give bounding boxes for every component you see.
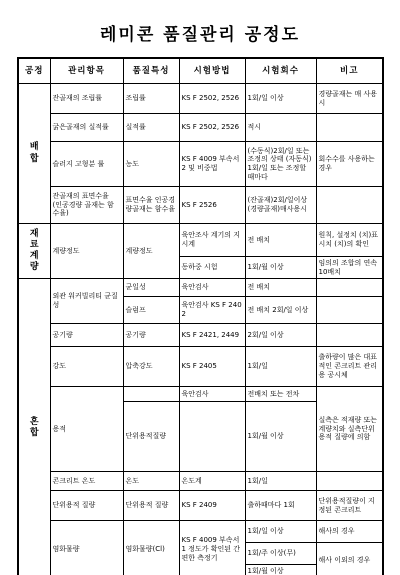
table-cell: 균일성 <box>123 279 179 297</box>
table-cell: 단위용적 질량 <box>50 491 123 521</box>
table-cell: 출하량이 많은 대표적인 콘크리트 관리용 공시체 <box>316 347 383 387</box>
table-cell: 전 배치 2회/일 이상 <box>245 297 316 324</box>
table-cell <box>316 279 383 297</box>
table-cell: 조립률 <box>123 84 179 114</box>
column-header: 시험회수 <box>245 58 316 84</box>
table-cell: 1회/월 이상 <box>245 402 316 472</box>
table-cell: 실측은 적재량 또는 계량치와 실측단위 용적 질량에 의함 <box>316 387 383 472</box>
table-cell: 경량골재는 매 사용시 <box>316 84 383 114</box>
table-cell: 염화물량 <box>50 521 123 575</box>
table-cell: 육안검사 KS F 2402 <box>179 297 245 324</box>
table-row: 슬러지 고형분 률농도KS F 4009 부속서 2 및 비중법(수동식)2회/… <box>18 142 383 187</box>
table-cell: 1회/일 이상 <box>245 521 316 543</box>
table-cell: 잔골재의 조립률 <box>50 84 123 114</box>
table-cell: 콘크리트 온도 <box>50 472 123 491</box>
table-cell: 실적률 <box>123 114 179 142</box>
table-cell <box>316 324 383 347</box>
table-cell: 해사의 경우 <box>316 521 383 543</box>
table-cell: 전 배치 <box>245 224 316 257</box>
process-label: 배합 <box>18 84 50 224</box>
table-cell: 온도계 <box>179 472 245 491</box>
page-title: 레미콘 품질관리 공정도 <box>0 20 400 45</box>
table-row: 혼합외관 워커빌리티 균질성균일성육안검사전 배치 <box>18 279 383 297</box>
table-cell: 강도 <box>50 347 123 387</box>
table-cell: 전배치 또는 전차 <box>245 387 316 402</box>
table-row: 용적육안검사전배치 또는 전차실측은 적재량 또는 계량치와 실측단위 용적 질… <box>18 387 383 402</box>
table-body: 배합잔골재의 조립률조립률KS F 2502, 25261회/일 이상경량골재는… <box>18 84 383 575</box>
table-row: 강도압축강도KS F 24051회/일출하량이 많은 대표적인 콘크리트 관리용… <box>18 347 383 387</box>
table-cell: 1회/일 이상 <box>245 84 316 114</box>
table-cell <box>179 402 245 472</box>
table-row: 배합잔골재의 조립률조립률KS F 2502, 25261회/일 이상경량골재는… <box>18 84 383 114</box>
table-cell: 단위용적 질량 <box>123 491 179 521</box>
process-label: 혼합 <box>18 279 50 575</box>
column-header: 시험방법 <box>179 58 245 84</box>
table-cell: KS F 2421, 2449 <box>179 324 245 347</box>
table-cell: 1회/일 <box>245 347 316 387</box>
column-header: 공정 <box>18 58 50 84</box>
table-cell: 염화물량(Cl) <box>123 521 179 575</box>
table-cell: 회수수를 사용하는 경우 <box>316 142 383 187</box>
process-label: 재료계량 <box>18 224 50 279</box>
table-cell <box>316 472 383 491</box>
table-cell: 잔골재의 표면수율 (인공경량 골재는 함수율) <box>50 187 123 224</box>
table-cell: 원칙, 설정치 (치)표시치 (치)의 확인 <box>316 224 383 257</box>
table-cell: 계량정도 <box>123 224 179 279</box>
table-cell: 육안조사 계기의 지시계 <box>179 224 245 257</box>
table-row: 굵은골재의 실적률실적률KS F 2502, 2526적시 <box>18 114 383 142</box>
quality-control-table: 공정관리항목품질특성시험방법시험회수비고 배합잔골재의 조립률조립률KS F 2… <box>17 57 384 575</box>
table-row: 콘크리트 온도온도온도계1회/일 <box>18 472 383 491</box>
table-cell: 육안검사 <box>179 279 245 297</box>
table-cell: 출하때마다 1회 <box>245 491 316 521</box>
table-cell: (수동식)2회/일 또는 조정의 상태 (자동식)1회/일 또는 조정할 때마다 <box>245 142 316 187</box>
table-cell: 농도 <box>123 142 179 187</box>
table-cell: 해사 이외의 경우 <box>316 543 383 575</box>
table-cell: KS F 4009 부속서1 정도가 확인된 간편한 측정기 <box>179 521 245 575</box>
column-header: 비고 <box>316 58 383 84</box>
table-cell: 표면수율 인공경량골재는 함수율 <box>123 187 179 224</box>
table-cell <box>123 387 179 402</box>
table-row: 염화물량염화물량(Cl)KS F 4009 부속서1 정도가 확인된 간편한 측… <box>18 521 383 543</box>
process-label-text: 재료계량 <box>21 229 48 274</box>
table-row: 재료계량계량정도계량정도육안조사 계기의 지시계전 배치원칙, 설정치 (치)표… <box>18 224 383 257</box>
table-cell: 단위용적질량이 지정된 콘크리트 <box>316 491 383 521</box>
table-cell: 2회/일 이상 <box>245 324 316 347</box>
table-cell: KS F 2526 <box>179 187 245 224</box>
table-cell: 동하중 시험 <box>179 257 245 279</box>
table-cell: 육안검사 <box>179 387 245 402</box>
header-row: 공정관리항목품질특성시험방법시험회수비고 <box>18 58 383 84</box>
table-cell: 1회/일 <box>245 472 316 491</box>
table-cell: KS F 2405 <box>179 347 245 387</box>
process-label-text: 배합 <box>21 142 48 165</box>
table-cell <box>316 114 383 142</box>
table-cell: 슬럼프 <box>123 297 179 324</box>
table-cell: 외관 워커빌리티 균질성 <box>50 279 123 324</box>
table-cell: KS F 2502, 2526 <box>179 84 245 114</box>
table-cell: KS F 2502, 2526 <box>179 114 245 142</box>
table-cell: 압축강도 <box>123 347 179 387</box>
table-cell: 1회/월 이상 <box>245 257 316 279</box>
document-page: 레미콘 품질관리 공정도 공정관리항목품질특성시험방법시험회수비고 배합잔골재의… <box>0 0 400 575</box>
column-header: 품질특성 <box>123 58 179 84</box>
table-cell: 용적 <box>50 387 123 472</box>
table-cell <box>316 187 383 224</box>
table-cell: 슬러지 고형분 률 <box>50 142 123 187</box>
table-cell: (잔골재)2회/일이상 (경량골재)매사용시 <box>245 187 316 224</box>
table-cell: 임의의 조합의 연속 10배치 <box>316 257 383 279</box>
table-cell: 1회/주 이상(무) <box>245 543 316 565</box>
table-cell: KS F 4009 부속서 2 및 비중법 <box>179 142 245 187</box>
table-cell: 전 배치 <box>245 279 316 297</box>
column-header: 관리항목 <box>50 58 123 84</box>
table-cell: 온도 <box>123 472 179 491</box>
table-row: 공기량공기량KS F 2421, 24492회/일 이상 <box>18 324 383 347</box>
table-cell: 굵은골재의 실적률 <box>50 114 123 142</box>
process-label-text: 혼합 <box>21 417 48 440</box>
table-cell: 공기량 <box>123 324 179 347</box>
table-cell: 계량정도 <box>50 224 123 279</box>
table-cell: KS F 2409 <box>179 491 245 521</box>
table-row: 잔골재의 표면수율 (인공경량 골재는 함수율)표면수율 인공경량골재는 함수율… <box>18 187 383 224</box>
table-cell: 1회/월 이상 <box>245 565 316 575</box>
table-cell <box>316 297 383 324</box>
table-cell: 공기량 <box>50 324 123 347</box>
table-cell: 적시 <box>245 114 316 142</box>
table-row: 단위용적 질량단위용적 질량KS F 2409출하때마다 1회단위용적질량이 지… <box>18 491 383 521</box>
table-cell: 단위용적질량 <box>123 402 179 472</box>
